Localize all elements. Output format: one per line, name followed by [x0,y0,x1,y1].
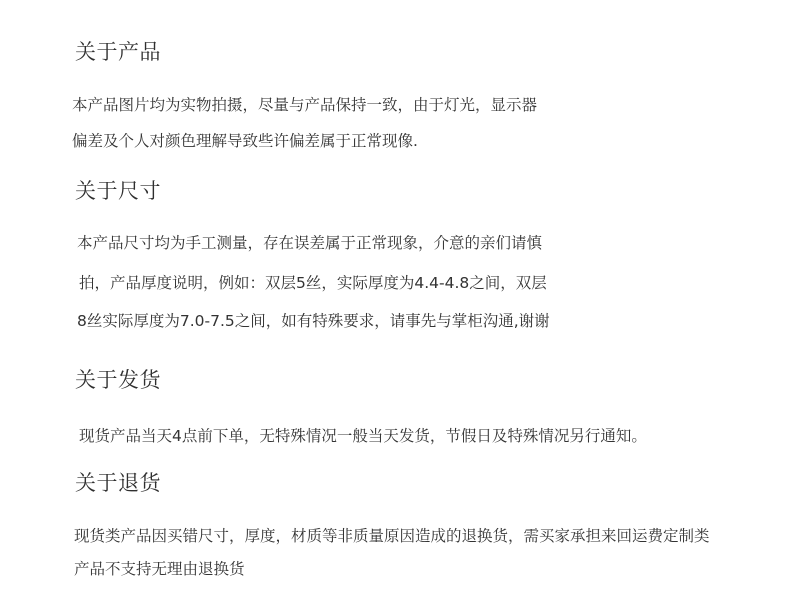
paragraph-line: 产品不支持无理由退换货 [74,557,245,579]
paragraph-line: 偏差及个人对颜色理解导致些许偏差属于正常现像. [72,129,418,151]
paragraph-line: 8丝实际厚度为7.0-7.5之间，如有特殊要求，请事先与掌柜沟通,谢谢 [77,309,550,331]
section-title-about-returns: 关于退货 [75,467,161,497]
section-title-about-shipping: 关于发货 [75,364,161,394]
paragraph-line: 本产品尺寸均为手工测量，存在误差属于正常现象，介意的亲们请慎 [77,231,542,253]
section-title-about-product: 关于产品 [75,36,161,66]
paragraph-line: 拍，产品厚度说明，例如：双层5丝，实际厚度为4.4-4.8之间，双层 [79,271,547,293]
section-title-about-size: 关于尺寸 [75,175,161,205]
paragraph-line: 本产品图片均为实物拍摄，尽量与产品保持一致，由于灯光，显示器 [72,93,537,115]
paragraph-line: 现货产品当天4点前下单，无特殊情况一般当天发货，节假日及特殊情况另行通知。 [79,424,647,446]
paragraph-line: 现货类产品因买错尺寸，厚度，材质等非质量原因造成的退换货，需买家承担来回运费定制… [74,524,710,546]
